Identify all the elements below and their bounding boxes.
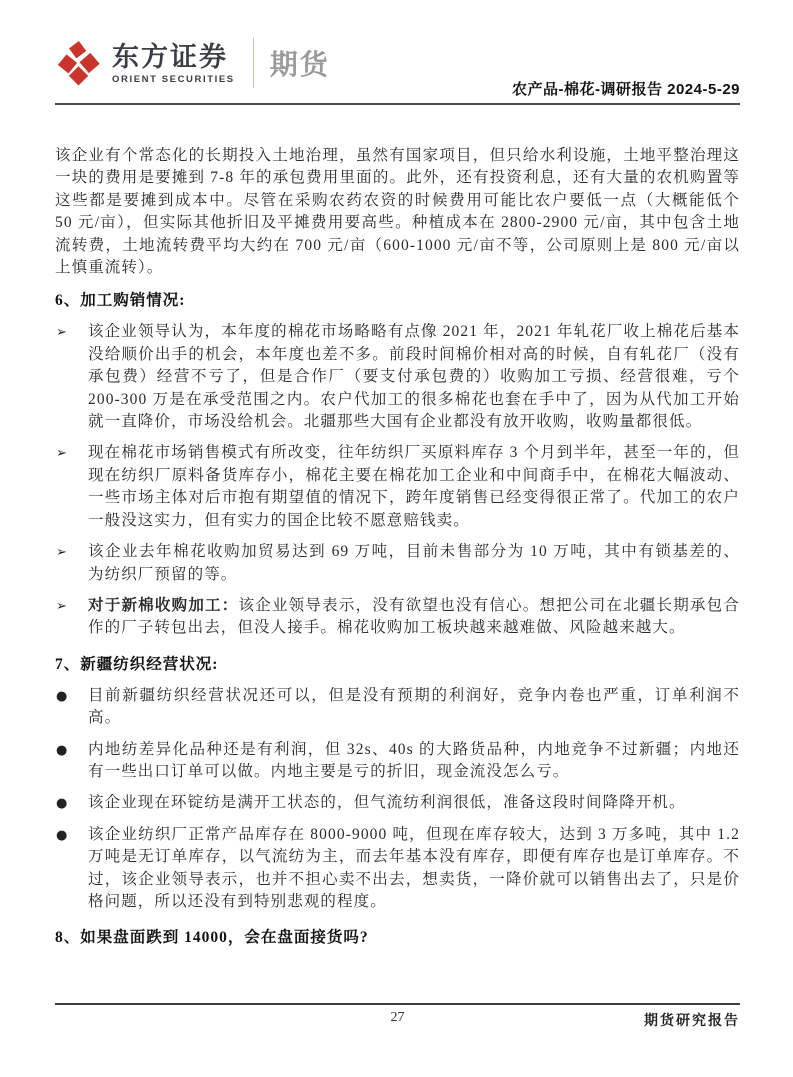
list-item: ➢ 对于新棉收购加工：该企业领导表示，没有欲望也没有信心。想把公司在北疆长期承包… — [55, 595, 740, 640]
list-item: ➢ 该企业去年棉花收购加贸易达到 69 万吨，目前未售部分为 10 万吨，其中有… — [55, 541, 740, 586]
bullet-text: 目前新疆纺织经营状况还可以，但是没有预期的利润好，竞争内卷也严重，订单利润不高。 — [88, 685, 740, 730]
bullet-text: 该企业纺织厂正常产品库存在 8000-9000 吨，但现在库存较大，达到 3 万… — [88, 824, 740, 914]
bullet-text: 该企业去年棉花收购加贸易达到 69 万吨，目前未售部分为 10 万吨，其中有锁基… — [88, 541, 740, 586]
page-footer: 27 期货研究报告 — [55, 1003, 740, 1031]
bullet-body: 现在棉花市场销售模式有所改变，往年纺织厂买原料库存 3 个月到半年，甚至一年的，… — [88, 444, 740, 528]
bullet-text: 该企业现在环锭纺是满开工状态的，但气流纺利润很低，准备这段时间降降开机。 — [88, 792, 740, 814]
list-item: ➢ 现在棉花市场销售模式有所改变，往年纺织厂买原料库存 3 个月到半年，甚至一年… — [55, 442, 740, 532]
report-title: 农产品-棉花-调研报告 2024-5-29 — [512, 78, 740, 99]
bullet-text: 该企业领导认为，本年度的棉花市场略略有点像 2021 年，2021 年轧花厂收上… — [88, 321, 740, 433]
page-header: 东方证券 ORIENT SECURITIES 期货 农产品-棉花-调研报告 20… — [0, 0, 793, 105]
dot-bullet-icon: ● — [56, 825, 67, 847]
bullet-lead: 对于新棉收购加工： — [88, 597, 239, 614]
bullet-body: 该企业纺织厂正常产品库存在 8000-9000 吨，但现在库存较大，达到 3 万… — [88, 826, 740, 910]
bullet-body: 该企业去年棉花收购加贸易达到 69 万吨，目前未售部分为 10 万吨，其中有锁基… — [88, 543, 740, 582]
dot-bullet-icon: ● — [56, 740, 67, 762]
section-8-heading: 8、如果盘面跌到 14000，会在盘面接货吗? — [55, 927, 740, 949]
brand-logo: 东方证券 ORIENT SECURITIES 期货 — [56, 38, 330, 88]
division-label: 期货 — [270, 43, 330, 83]
bullet-text: 现在棉花市场销售模式有所改变，往年纺织厂买原料库存 3 个月到半年，甚至一年的，… — [88, 442, 740, 532]
bullet-body: 该企业现在环锭纺是满开工状态的，但气流纺利润很低，准备这段时间降降开机。 — [88, 794, 686, 811]
bullet-body: 目前新疆纺织经营状况还可以，但是没有预期的利润好，竞争内卷也严重，订单利润不高。 — [88, 687, 740, 726]
footer-label: 期货研究报告 — [644, 1010, 740, 1030]
arrow-bullet-icon: ➢ — [56, 596, 67, 618]
list-item: ● 目前新疆纺织经营状况还可以，但是没有预期的利润好，竞争内卷也严重，订单利润不… — [55, 685, 740, 730]
section-6-heading: 6、加工购销情况: — [55, 290, 740, 312]
brand-divider — [253, 38, 254, 88]
bullet-text: 对于新棉收购加工：该企业领导表示，没有欲望也没有信心。想把公司在北疆长期承包合作… — [88, 595, 740, 640]
list-item: ● 该企业现在环锭纺是满开工状态的，但气流纺利润很低，准备这段时间降降开机。 — [55, 792, 740, 814]
arrow-bullet-icon: ➢ — [56, 322, 67, 344]
list-item: ● 内地纺差异化品种还是有利润，但 32s、40s 的大路货品种，内地竞争不过新… — [55, 739, 740, 784]
bullet-text: 内地纺差异化品种还是有利润，但 32s、40s 的大路货品种，内地竞争不过新疆；… — [88, 739, 740, 784]
report-page: 东方证券 ORIENT SECURITIES 期货 农产品-棉花-调研报告 20… — [0, 0, 793, 1077]
footer-row: 27 期货研究报告 — [55, 1005, 740, 1031]
section-7-heading: 7、新疆纺织经营状况: — [55, 654, 740, 676]
brand-name: 东方证券 — [112, 42, 235, 72]
list-item: ● 该企业纺织厂正常产品库存在 8000-9000 吨，但现在库存较大，达到 3… — [55, 824, 740, 914]
list-item: ➢ 该企业领导认为，本年度的棉花市场略略有点像 2021 年，2021 年轧花厂… — [55, 321, 740, 433]
report-body: 该企业有个常态化的长期投入土地治理，虽然有国家项目，但只给水利设施，土地平整治理… — [0, 105, 793, 958]
dot-bullet-icon: ● — [56, 793, 67, 815]
page-number: 27 — [55, 1010, 740, 1026]
brand-text: 东方证券 ORIENT SECURITIES — [112, 42, 235, 85]
arrow-bullet-icon: ➢ — [56, 443, 67, 465]
intro-paragraph: 该企业有个常态化的长期投入土地治理，虽然有国家项目，但只给水利设施，土地平整治理… — [55, 145, 740, 279]
dot-bullet-icon: ● — [56, 686, 67, 708]
brand-subtitle: ORIENT SECURITIES — [112, 74, 235, 85]
bullet-body: 该企业领导认为，本年度的棉花市场略略有点像 2021 年，2021 年轧花厂收上… — [88, 323, 740, 430]
arrow-bullet-icon: ➢ — [56, 542, 67, 564]
bullet-body: 内地纺差异化品种还是有利润，但 32s、40s 的大路货品种，内地竞争不过新疆；… — [88, 741, 740, 780]
orient-securities-logo-icon — [56, 38, 102, 88]
